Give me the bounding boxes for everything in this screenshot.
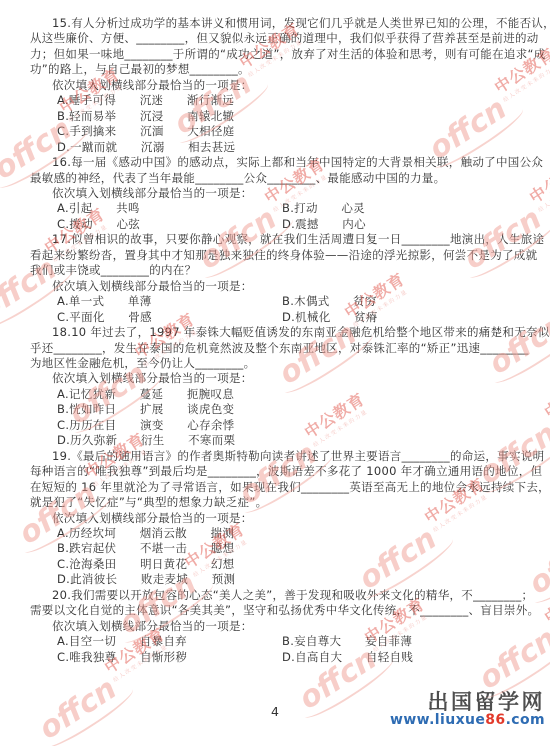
option-item: C.平面化 骨感 xyxy=(57,310,282,325)
question-text-line: 从这些廉价、方便、________，但又貌似永远正确的道理中，我们似乎获得了营养… xyxy=(30,31,526,46)
option-item: C.历历在目 演变 心存余悸 xyxy=(30,418,526,433)
option-item: B.恍如昨日 扩展 谈虎色变 xyxy=(30,402,526,417)
option-item: A.引起 共鸣 xyxy=(57,201,282,216)
option-item: D.机械化 贫瘠 xyxy=(282,310,526,325)
option-item: C.拨动 心弦 xyxy=(57,217,282,232)
site-logo: 出国留学网 www.liuxue86.com xyxy=(390,692,545,728)
question-text-line: 最敏感的神经，代表了当年最能________公众________、最能感动中国的… xyxy=(30,171,526,186)
question-text-line: 16.每一届《感动中国》的感动点，实际上都和当年中国特定的大背景相关联，触动了中… xyxy=(30,155,526,170)
option-item: A.记忆犹新 蔓延 扼腕叹息 xyxy=(30,387,526,402)
question-list: 15.有人分析过成功学的基本讲义和惯用词，发现它们几乎就是人类世界已知的公理，不… xyxy=(0,0,550,665)
options-prompt: 依次填入划横线部分最恰当的一项是： xyxy=(30,511,526,526)
option-item: B.妄自尊大 妄自菲薄 xyxy=(282,634,526,649)
option-item: A.单一式 单薄 xyxy=(57,294,282,309)
site-url: www.liuxue86.com xyxy=(390,713,545,727)
question-text-line: 看起来纷繁纷沓，置身其中才知那是独来独往的终身体验——沿途的浮光掠影，何尝不是为… xyxy=(30,248,526,263)
site-name: 出国留学网 xyxy=(390,692,545,713)
question-text-line: 乎还________，发生在泰国的危机竟然波及整个东南亚地区，对泰铢汇率的“矫正… xyxy=(30,341,526,356)
option-item: B.打动 心灵 xyxy=(282,201,526,216)
options-prompt: 依次填入划横线部分最恰当的一项是： xyxy=(30,186,526,201)
question-text-line: 我们或丰饶或________的内在？ xyxy=(30,263,526,278)
option-item: C.唯我独尊 自惭形秽 xyxy=(57,650,282,665)
option-item: B.跌宕起伏 不堪一击 臆想 xyxy=(30,541,526,556)
question-text-line: 为地区性金融危机，至今仍让人________。 xyxy=(30,356,526,371)
site-url-prefix: www.liuxue xyxy=(390,712,485,728)
options-prompt: 依次填入划横线部分最恰当的一项是： xyxy=(30,279,526,294)
option-item: A.历经坎坷 烟消云散 揣测 xyxy=(30,526,526,541)
question-text-line: 就是犯了“失忆症”与“典型的想象力缺乏症”。 xyxy=(30,495,526,510)
question-text-line: 20.我们需要以开放包容的心态“美人之美”，善于发现和吸收外来文化的精华，不__… xyxy=(30,588,526,603)
site-url-number: 86 xyxy=(485,712,505,728)
question-text-line: 力；但如果一味地________于所谓的“成功之道”，放弃了对生活的体验和思考，… xyxy=(30,47,526,62)
options-prompt: 依次填入划横线部分最恰当的一项是： xyxy=(30,371,526,386)
option-item: C.沧海桑田 明日黄花 幻想 xyxy=(30,557,526,572)
question-text-line: 功”的路上，与自己最初的梦想________。 xyxy=(30,62,526,77)
options-prompt: 依次填入划横线部分最恰当的一项是： xyxy=(30,78,526,93)
question-text-line: 每种语言的“唯我独尊”到最后均是________，波斯语差不多花了 1000 年… xyxy=(30,464,526,479)
option-item: D.震撼 内心 xyxy=(282,217,526,232)
options-prompt: 依次填入划横线部分最恰当的一项是： xyxy=(30,619,526,634)
question-text-line: 18.10 年过去了，1997 年泰铢大幅贬值诱发的东南亚金融危机给整个地区带来… xyxy=(30,325,526,340)
option-item: D.自高自大 自轻自贱 xyxy=(282,650,526,665)
option-item: A.目空一切 自暴自弃 xyxy=(57,634,282,649)
question-text-line: 15.有人分析过成功学的基本讲义和惯用词，发现它们几乎就是人类世界已知的公理，不… xyxy=(30,16,526,31)
option-grid: A.单一式 单薄B.木偶式 贫穷C.平面化 骨感D.机械化 贫瘠 xyxy=(30,294,526,325)
option-item: D.历久弥新 衍生 不寒而栗 xyxy=(30,433,526,448)
site-url-suffix: .com xyxy=(506,712,545,728)
option-grid: A.目空一切 自暴自弃B.妄自尊大 妄自菲薄C.唯我独尊 自惭形秽D.自高自大 … xyxy=(30,634,526,665)
option-item: D.此消彼长 败走麦城 预测 xyxy=(30,572,526,587)
question-text-line: 在短短的 16 年里就沦为了寻常语言，如果现在我们________英语至高无上的… xyxy=(30,480,526,495)
question-text-line: 17.似曾相识的故事，只要你静心观察，就在我们生活周遭日复一日________地… xyxy=(30,232,526,247)
question-text-line: 需要以文化自觉的主体意识“各美其美”，坚守和弘扬优秀中华文化传统，不______… xyxy=(30,603,526,618)
question-text-line: 19.《最后的通用语言》的作者奥斯特勒向读者讲述了世界主要语言________的… xyxy=(30,449,526,464)
option-item: C.手到擒来 沉湎 大相径庭 xyxy=(30,124,526,139)
option-item: B.木偶式 贫穷 xyxy=(282,294,526,309)
option-item: A.唾手可得 沉迷 渐行渐远 xyxy=(30,93,526,108)
scanned-exam-page: 15.有人分析过成功学的基本讲义和惯用词，发现它们几乎就是人类世界已知的公理，不… xyxy=(0,0,550,746)
option-item: D.一蹴而就 沉溺 相去甚远 xyxy=(30,140,526,155)
option-grid: A.引起 共鸣B.打动 心灵C.拨动 心弦D.震撼 内心 xyxy=(30,201,526,232)
option-item: B.轻而易举 沉浸 南辕北辙 xyxy=(30,109,526,124)
